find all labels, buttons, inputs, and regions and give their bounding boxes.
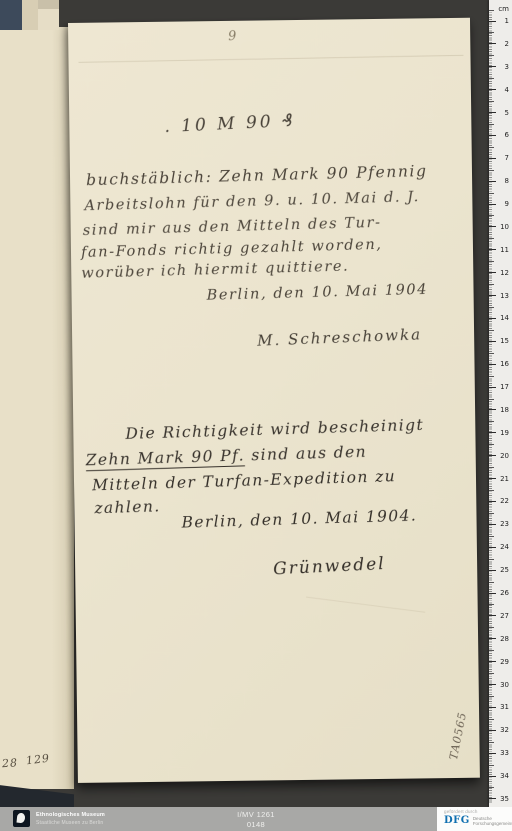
paper-crease	[79, 55, 464, 63]
shelfmark-line2: 0148	[176, 820, 336, 830]
footer-bar: Ethnologisches Museum Staatliche Museen …	[0, 807, 512, 831]
funding-credit: gefördert durch DFG Deutsche Forschungsg…	[437, 807, 512, 831]
document-page: 9 . 10 M 90 ₰ buchstäblich: Zehn Mark 90…	[68, 18, 480, 783]
dfg-logo: DFG	[444, 815, 470, 826]
underlined-amount: Zehn Mark 90 Pf.	[85, 446, 245, 471]
page-edge-tab	[22, 0, 38, 30]
receipt-line: fan-Fonds richtig gezahlt worden,	[81, 237, 383, 261]
funded-by-label: gefördert durch	[444, 809, 512, 814]
dfg-name: Deutsche Forschungsgemeinschaft	[473, 816, 512, 826]
certification-dateline: Berlin, den 10. Mai 1904.	[181, 506, 417, 531]
receipt-line: Arbeitslohn für den 9. u. 10. Mai d. J.	[84, 189, 420, 214]
receipt-line: buchstäblich: Zehn Mark 90 Pfennig	[86, 162, 428, 189]
certification-line: Die Richtigkeit wird bescheinigt	[125, 416, 424, 443]
pencil-archive-mark: TA0565	[447, 711, 469, 761]
museum-logo-icon	[13, 810, 30, 827]
receipt-dateline: Berlin, den 10. Mai 1904	[206, 282, 428, 304]
certification-signature: Grünwedel	[273, 554, 386, 579]
shelfmark: I/MV 1261 0148	[176, 810, 336, 829]
certification-line: zahlen.	[94, 497, 161, 517]
receipt-signature: M. Schreschowka	[257, 325, 423, 349]
receipt-line: sind mir aus den Mitteln des Tur-	[83, 215, 382, 239]
scan-photograph: 128 129 9 . 10 M 90 ₰ buchstäblich: Zehn…	[0, 0, 512, 807]
ruler: cm 1234567891011121314151617181920212223…	[489, 0, 512, 807]
certification-line: Zehn Mark 90 Pf. sind aus den	[85, 443, 367, 470]
certification-line-rest: sind aus den	[245, 443, 368, 465]
shelfmark-line1: I/MV 1261	[176, 810, 336, 820]
page-edge-tab	[38, 0, 59, 30]
paper-crease	[306, 597, 425, 613]
folio-number: 9	[228, 28, 238, 44]
museum-name: Ethnologisches Museum	[36, 812, 105, 818]
museum-organization: Staatliche Museen zu Berlin	[36, 820, 105, 826]
certification-line: Mitteln der Turfan-Expedition zu	[92, 467, 397, 494]
receipt-line: worüber ich hiermit quittiere.	[81, 258, 349, 281]
amount-line: . 10 M 90 ₰	[164, 111, 296, 137]
pencil-folio-number: 128	[0, 756, 18, 771]
book-cover-corner	[0, 0, 22, 30]
verso-page-edge	[0, 27, 74, 789]
dfg-name-line2: Forschungsgemeinschaft	[473, 821, 512, 826]
museum-label: Ethnologisches Museum Staatliche Museen …	[36, 812, 105, 826]
